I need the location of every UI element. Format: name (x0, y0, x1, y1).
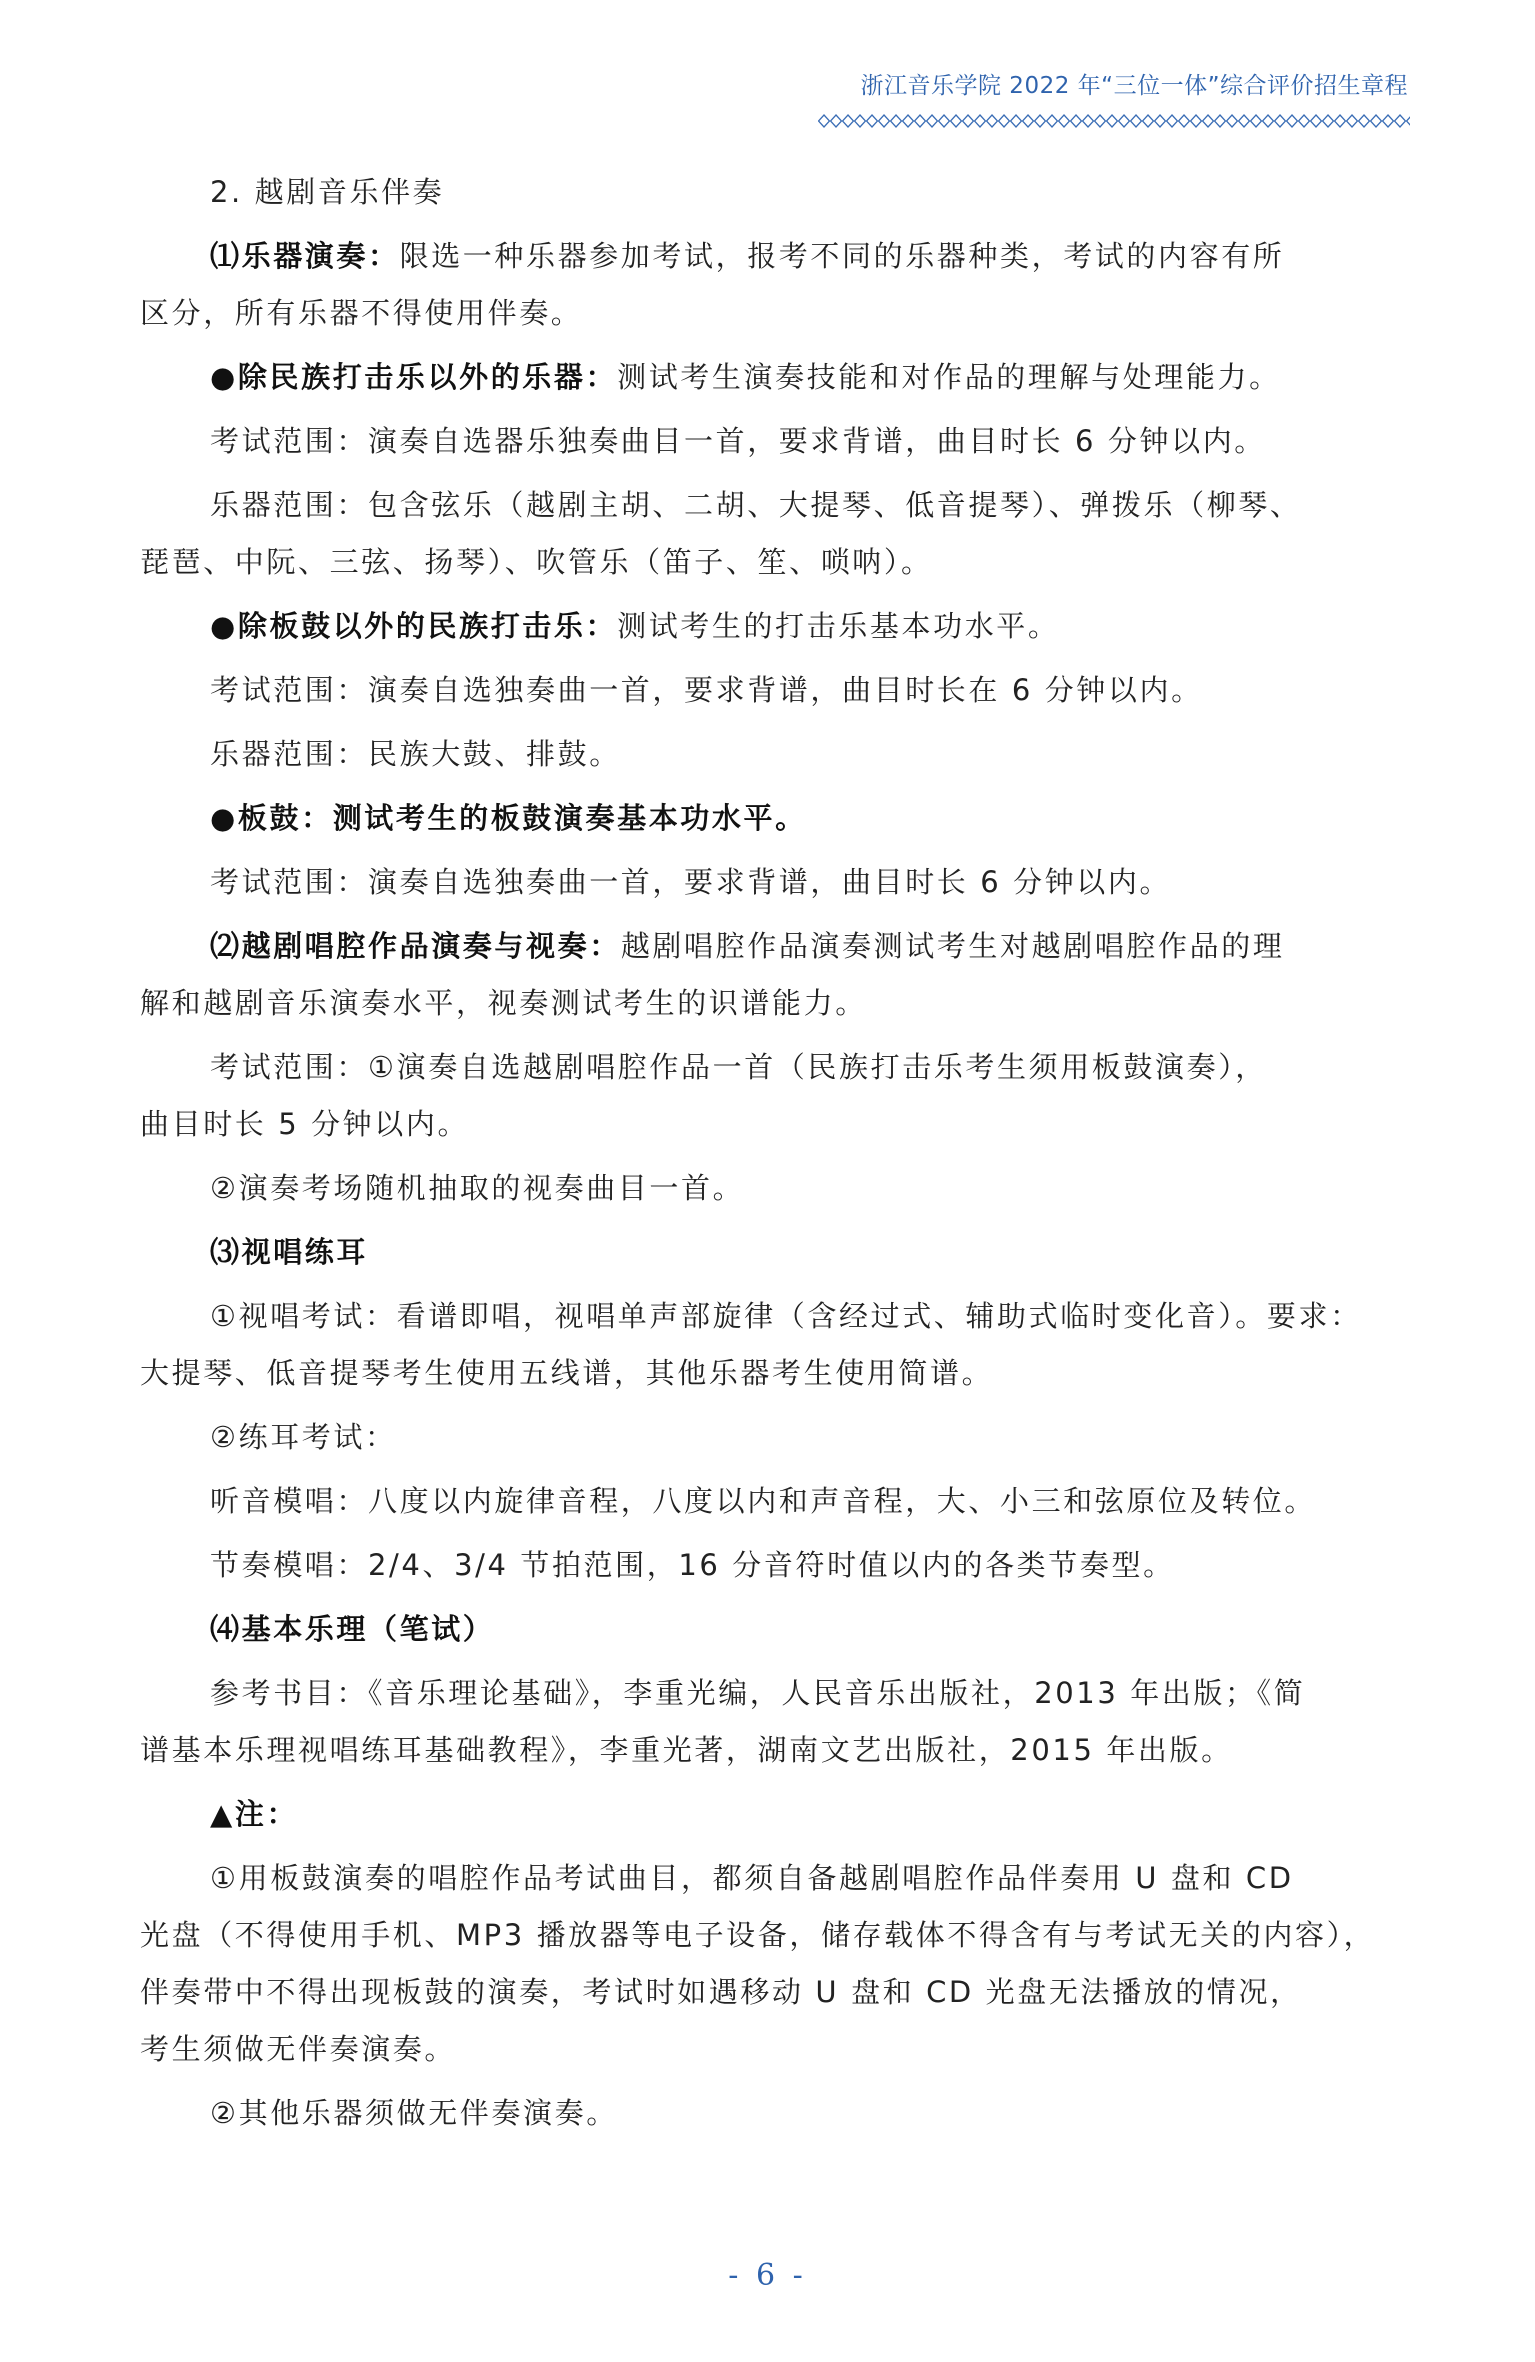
body-text: 光盘（不得使用手机、MP3 播放器等电子设备，储存载体不得含有与考试无关的内容）… (140, 1918, 1375, 1952)
body-text: 考试范围：①演奏自选越剧唱腔作品一首（民族打击乐考生须用板鼓演奏）， (210, 1050, 1267, 1084)
bold-label: ●除民族打击乐以外的乐器： (210, 360, 617, 394)
paragraph: ②演奏考场随机抽取的视奏曲目一首。 (140, 1160, 1400, 1217)
paragraph: ①用板鼓演奏的唱腔作品考试曲目，都须自备越剧唱腔作品伴奏用 U 盘和 CD光盘（… (140, 1850, 1400, 2078)
body-text: 听音模唱：八度以内旋律音程，八度以内和声音程，大、小三和弦原位及转位。 (210, 1484, 1316, 1518)
paragraph: ⑶视唱练耳 (140, 1224, 1400, 1281)
body-text: 谱基本乐理视唱练耳基础教程》，李重光著，湖南文艺出版社，2015 年出版。 (140, 1733, 1233, 1767)
bold-label: ▲注： (210, 1797, 298, 1831)
paragraph-first-line: 考试范围：演奏自选独奏曲一首，要求背谱，曲目时长 6 分钟以内。 (140, 854, 1400, 911)
paragraph-first-line: ②其他乐器须做无伴奏演奏。 (140, 2085, 1400, 2142)
diamond-rule-decoration (818, 114, 1410, 128)
bold-label: ●除板鼓以外的民族打击乐： (210, 609, 617, 643)
document-body: 2. 越剧音乐伴奏 ⑴乐器演奏：限选一种乐器参加考试，报考不同的乐器种类，考试的… (140, 164, 1400, 2149)
bold-label: ⑴乐器演奏： (210, 239, 400, 273)
paragraph: ●板鼓：测试考生的板鼓演奏基本功水平。 (140, 790, 1400, 847)
body-text: 参考书目：《音乐理论基础》，李重光编，人民音乐出版社，2013 年出版；《简 (210, 1676, 1305, 1710)
paragraph: 考试范围：演奏自选独奏曲一首，要求背谱，曲目时长在 6 分钟以内。 (140, 662, 1400, 719)
body-text: 越剧唱腔作品演奏测试考生对越剧唱腔作品的理 (621, 929, 1285, 963)
paragraph: 参考书目：《音乐理论基础》，李重光编，人民音乐出版社，2013 年出版；《简谱基… (140, 1665, 1400, 1779)
body-text: ②其他乐器须做无伴奏演奏。 (210, 2096, 618, 2130)
paragraph: 考试范围：演奏自选器乐独奏曲目一首，要求背谱，曲目时长 6 分钟以内。 (140, 413, 1400, 470)
body-text: 解和越剧音乐演奏水平，视奏测试考生的识谱能力。 (140, 986, 867, 1020)
paragraph: ▲注： (140, 1786, 1400, 1843)
body-text: ①用板鼓演奏的唱腔作品考试曲目，都须自备越剧唱腔作品伴奏用 U 盘和 CD (210, 1861, 1294, 1895)
paragraph-first-line: ①视唱考试：看谱即唱，视唱单声部旋律（含经过式、辅助式临时变化音）。要求： (140, 1288, 1400, 1345)
paragraph-continuation-line: 琵琶、中阮、三弦、扬琴）、吹管乐（笛子、笙、唢呐）。 (140, 534, 1400, 591)
paragraph: 考试范围：①演奏自选越剧唱腔作品一首（民族打击乐考生须用板鼓演奏），曲目时长 5… (140, 1039, 1400, 1153)
paragraph-continuation-line: 大提琴、低音提琴考生使用五线谱，其他乐器考生使用简谱。 (140, 1345, 1400, 1402)
paragraph-list: ⑴乐器演奏：限选一种乐器参加考试，报考不同的乐器种类，考试的内容有所区分，所有乐… (140, 228, 1400, 2142)
body-text: 伴奏带中不得出现板鼓的演奏，考试时如遇移动 U 盘和 CD 光盘无法播放的情况， (140, 1975, 1302, 2009)
paragraph-continuation-line: 伴奏带中不得出现板鼓的演奏，考试时如遇移动 U 盘和 CD 光盘无法播放的情况， (140, 1964, 1400, 2021)
body-text: ②练耳考试： (210, 1420, 397, 1454)
section-heading-text: 2. 越剧音乐伴奏 (140, 164, 1400, 221)
paragraph: ①视唱考试：看谱即唱，视唱单声部旋律（含经过式、辅助式临时变化音）。要求：大提琴… (140, 1288, 1400, 1402)
bold-label: ●板鼓：测试考生的板鼓演奏基本功水平。 (210, 801, 807, 835)
paragraph: 考试范围：演奏自选独奏曲一首，要求背谱，曲目时长 6 分钟以内。 (140, 854, 1400, 911)
paragraph-first-line: 乐器范围：民族大鼓、排鼓。 (140, 726, 1400, 783)
body-text: 测试考生演奏技能和对作品的理解与处理能力。 (617, 360, 1281, 394)
body-text: 测试考生的打击乐基本功水平。 (617, 609, 1059, 643)
paragraph-first-line: 听音模唱：八度以内旋律音程，八度以内和声音程，大、小三和弦原位及转位。 (140, 1473, 1400, 1530)
body-text: 区分，所有乐器不得使用伴奏。 (140, 296, 582, 330)
paragraph-first-line: ⑴乐器演奏：限选一种乐器参加考试，报考不同的乐器种类，考试的内容有所 (140, 228, 1400, 285)
page-number: - 6 - (0, 2258, 1535, 2293)
body-text: 琵琶、中阮、三弦、扬琴）、吹管乐（笛子、笙、唢呐）。 (140, 545, 933, 579)
body-text: 考生须做无伴奏演奏。 (140, 2032, 456, 2066)
paragraph-first-line: 节奏模唱：2/4、3/4 节拍范围，16 分音符时值以内的各类节奏型。 (140, 1537, 1400, 1594)
paragraph-first-line: 乐器范围：包含弦乐（越剧主胡、二胡、大提琴、低音提琴）、弹拨乐（柳琴、 (140, 477, 1400, 534)
paragraph-first-line: ①用板鼓演奏的唱腔作品考试曲目，都须自备越剧唱腔作品伴奏用 U 盘和 CD (140, 1850, 1400, 1907)
paragraph: 节奏模唱：2/4、3/4 节拍范围，16 分音符时值以内的各类节奏型。 (140, 1537, 1400, 1594)
bold-label: ⑶视唱练耳 (210, 1235, 368, 1269)
body-text: ②演奏考场随机抽取的视奏曲目一首。 (210, 1171, 744, 1205)
paragraph-first-line: 参考书目：《音乐理论基础》，李重光编，人民音乐出版社，2013 年出版；《简 (140, 1665, 1400, 1722)
body-text: 乐器范围：民族大鼓、排鼓。 (210, 737, 621, 771)
body-text: 节奏模唱：2/4、3/4 节拍范围，16 分音符时值以内的各类节奏型。 (210, 1548, 1175, 1582)
paragraph-first-line: 考试范围：演奏自选器乐独奏曲目一首，要求背谱，曲目时长 6 分钟以内。 (140, 413, 1400, 470)
paragraph-first-line: ⑶视唱练耳 (140, 1224, 1400, 1281)
paragraph-continuation-line: 解和越剧音乐演奏水平，视奏测试考生的识谱能力。 (140, 975, 1400, 1032)
body-text: 考试范围：演奏自选独奏曲一首，要求背谱，曲目时长在 6 分钟以内。 (210, 673, 1203, 707)
bold-label: ⑷基本乐理（笔试） (210, 1612, 494, 1646)
paragraph-first-line: 考试范围：演奏自选独奏曲一首，要求背谱，曲目时长在 6 分钟以内。 (140, 662, 1400, 719)
document-page: 浙江音乐学院 2022 年“三位一体”综合评价招生章程 2. 越剧音乐伴奏 ⑴乐… (0, 0, 1535, 2362)
paragraph: ⑷基本乐理（笔试） (140, 1601, 1400, 1658)
paragraph: ⑵越剧唱腔作品演奏与视奏：越剧唱腔作品演奏测试考生对越剧唱腔作品的理解和越剧音乐… (140, 918, 1400, 1032)
paragraph-continuation-line: 曲目时长 5 分钟以内。 (140, 1096, 1400, 1153)
paragraph: ②练耳考试： (140, 1409, 1400, 1466)
paragraph-first-line: 考试范围：①演奏自选越剧唱腔作品一首（民族打击乐考生须用板鼓演奏）， (140, 1039, 1400, 1096)
paragraph: 乐器范围：包含弦乐（越剧主胡、二胡、大提琴、低音提琴）、弹拨乐（柳琴、琵琶、中阮… (140, 477, 1400, 591)
paragraph-continuation-line: 谱基本乐理视唱练耳基础教程》，李重光著，湖南文艺出版社，2015 年出版。 (140, 1722, 1400, 1779)
paragraph: ●除民族打击乐以外的乐器：测试考生演奏技能和对作品的理解与处理能力。 (140, 349, 1400, 406)
body-text: 大提琴、低音提琴考生使用五线谱，其他乐器考生使用简谱。 (140, 1356, 993, 1390)
body-text: 考试范围：演奏自选独奏曲一首，要求背谱，曲目时长 6 分钟以内。 (210, 865, 1171, 899)
paragraph-first-line: ②演奏考场随机抽取的视奏曲目一首。 (140, 1160, 1400, 1217)
paragraph-continuation-line: 考生须做无伴奏演奏。 (140, 2021, 1400, 2078)
paragraph-continuation-line: 区分，所有乐器不得使用伴奏。 (140, 285, 1400, 342)
paragraph-first-line: ▲注： (140, 1786, 1400, 1843)
paragraph: ⑴乐器演奏：限选一种乐器参加考试，报考不同的乐器种类，考试的内容有所区分，所有乐… (140, 228, 1400, 342)
body-text: 考试范围：演奏自选器乐独奏曲目一首，要求背谱，曲目时长 6 分钟以内。 (210, 424, 1266, 458)
paragraph-first-line: ●除民族打击乐以外的乐器：测试考生演奏技能和对作品的理解与处理能力。 (140, 349, 1400, 406)
bold-label: ⑵越剧唱腔作品演奏与视奏： (210, 929, 621, 963)
body-text: 曲目时长 5 分钟以内。 (140, 1107, 469, 1141)
body-text: 限选一种乐器参加考试，报考不同的乐器种类，考试的内容有所 (400, 239, 1285, 273)
paragraph: 听音模唱：八度以内旋律音程，八度以内和声音程，大、小三和弦原位及转位。 (140, 1473, 1400, 1530)
body-text: 乐器范围：包含弦乐（越剧主胡、二胡、大提琴、低音提琴）、弹拨乐（柳琴、 (210, 488, 1302, 522)
paragraph-first-line: ⑷基本乐理（笔试） (140, 1601, 1400, 1658)
paragraph: 乐器范围：民族大鼓、排鼓。 (140, 726, 1400, 783)
paragraph-first-line: ●除板鼓以外的民族打击乐：测试考生的打击乐基本功水平。 (140, 598, 1400, 655)
paragraph: ②其他乐器须做无伴奏演奏。 (140, 2085, 1400, 2142)
body-text: ①视唱考试：看谱即唱，视唱单声部旋律（含经过式、辅助式临时变化音）。要求： (210, 1299, 1362, 1333)
paragraph-first-line: ●板鼓：测试考生的板鼓演奏基本功水平。 (140, 790, 1400, 847)
paragraph-first-line: ⑵越剧唱腔作品演奏与视奏：越剧唱腔作品演奏测试考生对越剧唱腔作品的理 (140, 918, 1400, 975)
section-heading: 2. 越剧音乐伴奏 (140, 164, 1400, 221)
running-header-title: 浙江音乐学院 2022 年“三位一体”综合评价招生章程 (861, 70, 1409, 102)
paragraph-first-line: ②练耳考试： (140, 1409, 1400, 1466)
paragraph: ●除板鼓以外的民族打击乐：测试考生的打击乐基本功水平。 (140, 598, 1400, 655)
paragraph-continuation-line: 光盘（不得使用手机、MP3 播放器等电子设备，储存载体不得含有与考试无关的内容）… (140, 1907, 1400, 1964)
